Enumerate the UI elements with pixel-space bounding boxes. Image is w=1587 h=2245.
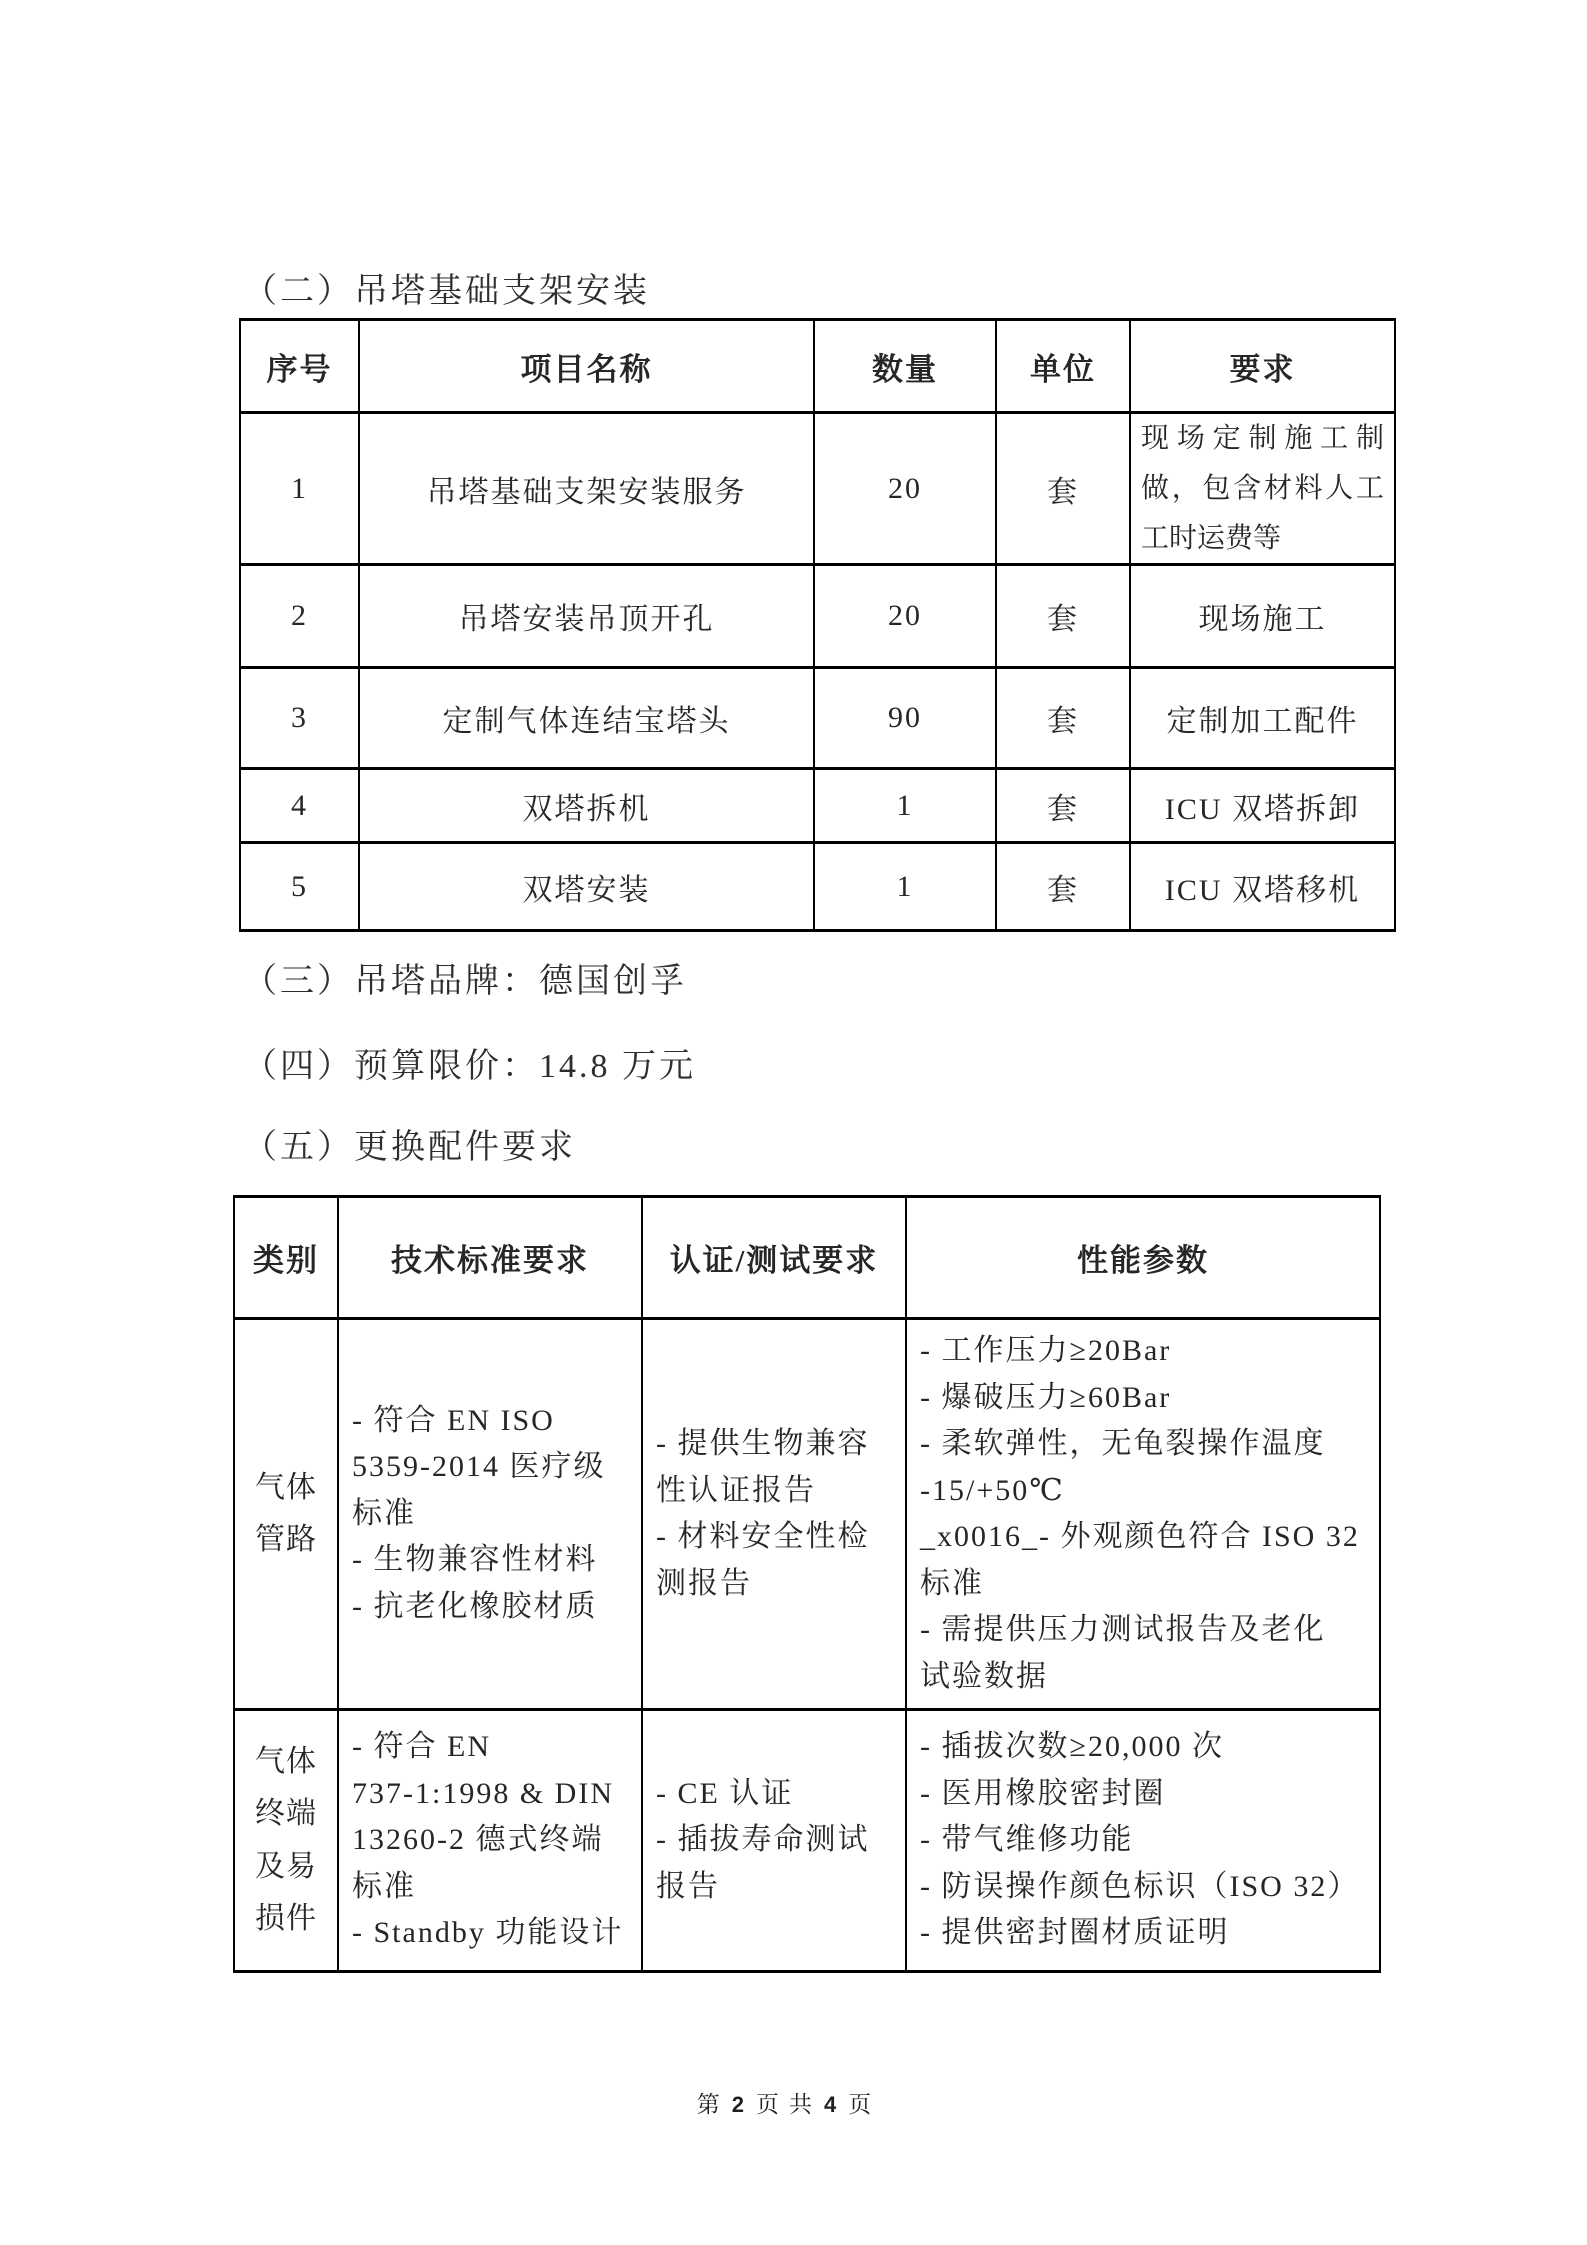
cell-req: ICU 双塔拆卸: [1130, 769, 1395, 843]
cell-certification: - CE 认证 - 插拔寿命测试 报告: [642, 1710, 906, 1972]
cell-name: 双塔安装: [359, 843, 814, 931]
table-row: 2 吊塔安装吊顶开孔 20 套 现场施工: [240, 565, 1395, 668]
cell-unit: 套: [996, 413, 1130, 565]
cell-category: 气体 管路: [234, 1319, 338, 1710]
section-heading-2: （二）吊塔基础支架安装: [243, 272, 650, 313]
cell-unit: 套: [996, 668, 1130, 769]
column-header-name: 项目名称: [359, 320, 814, 413]
install-table-header-row: 序号 项目名称 数量 单位 要求: [240, 320, 1395, 413]
column-header-no: 序号: [240, 320, 359, 413]
footer-total-pages: 4: [824, 2092, 838, 2117]
footer-text: 页: [756, 2092, 781, 2117]
footer-text: 第: [697, 2092, 722, 2117]
cell-no: 4: [240, 769, 359, 843]
column-header-unit: 单位: [996, 320, 1130, 413]
page-footer: 第2页共4页: [0, 2086, 1570, 2119]
table-row: 气体 管路 - 符合 EN ISO 5359-2014 医疗级 标准 - 生物兼…: [234, 1319, 1380, 1710]
cell-no: 1: [240, 413, 359, 565]
cell-category: 气体 终端 及易 损件: [234, 1710, 338, 1972]
cell-req: 现场定制施工制做，包含材料人工工时运费等: [1130, 413, 1395, 565]
cell-unit: 套: [996, 843, 1130, 931]
cell-qty: 20: [814, 565, 996, 668]
cell-no: 5: [240, 843, 359, 931]
cell-parameters: - 插拔次数≥20,000 次 - 医用橡胶密封圈 - 带气维修功能 - 防误操…: [906, 1710, 1380, 1972]
cell-req: ICU 双塔移机: [1130, 843, 1395, 931]
footer-page-number: 2: [732, 2092, 746, 2117]
parts-table: 类别 技术标准要求 认证/测试要求 性能参数 气体 管路 - 符合 EN ISO…: [233, 1195, 1381, 1973]
footer-text: 共: [789, 2092, 814, 2117]
cell-name: 吊塔安装吊顶开孔: [359, 565, 814, 668]
cell-qty: 1: [814, 769, 996, 843]
parts-table-header-row: 类别 技术标准要求 认证/测试要求 性能参数: [234, 1197, 1380, 1319]
column-header-qty: 数量: [814, 320, 996, 413]
table-row: 1 吊塔基础支架安装服务 20 套 现场定制施工制做，包含材料人工工时运费等: [240, 413, 1395, 565]
footer-text: 页: [848, 2092, 873, 2117]
column-header-req: 要求: [1130, 320, 1395, 413]
cell-req: 现场施工: [1130, 565, 1395, 668]
cell-unit: 套: [996, 565, 1130, 668]
section-heading-3: （三）吊塔品牌：德国创孚: [243, 962, 687, 1003]
document-page: （二）吊塔基础支架安装 序号 项目名称 数量 单位 要求 1 吊塔基础支架安装服…: [0, 0, 1587, 2245]
cell-name: 吊塔基础支架安装服务: [359, 413, 814, 565]
table-row: 5 双塔安装 1 套 ICU 双塔移机: [240, 843, 1395, 931]
cell-name: 双塔拆机: [359, 769, 814, 843]
cell-no: 2: [240, 565, 359, 668]
cell-unit: 套: [996, 769, 1130, 843]
install-table: 序号 项目名称 数量 单位 要求 1 吊塔基础支架安装服务 20 套 现场定制施…: [239, 318, 1396, 932]
section-heading-4: （四）预算限价：14.8 万元: [243, 1047, 696, 1088]
table-row: 气体 终端 及易 损件 - 符合 EN 737-1:1998 & DIN 132…: [234, 1710, 1380, 1972]
cell-certification: - 提供生物兼容 性认证报告 - 材料安全性检 测报告: [642, 1319, 906, 1710]
cell-req: 定制加工配件: [1130, 668, 1395, 769]
table-row: 4 双塔拆机 1 套 ICU 双塔拆卸: [240, 769, 1395, 843]
column-header-parameters: 性能参数: [906, 1197, 1380, 1319]
cell-no: 3: [240, 668, 359, 769]
column-header-category: 类别: [234, 1197, 338, 1319]
cell-qty: 20: [814, 413, 996, 565]
cell-name: 定制气体连结宝塔头: [359, 668, 814, 769]
cell-qty: 90: [814, 668, 996, 769]
section-heading-5: （五）更换配件要求: [243, 1128, 576, 1169]
cell-standards: - 符合 EN ISO 5359-2014 医疗级 标准 - 生物兼容性材料 -…: [338, 1319, 642, 1710]
cell-standards: - 符合 EN 737-1:1998 & DIN 13260-2 德式终端 标准…: [338, 1710, 642, 1972]
table-row: 3 定制气体连结宝塔头 90 套 定制加工配件: [240, 668, 1395, 769]
cell-qty: 1: [814, 843, 996, 931]
column-header-standards: 技术标准要求: [338, 1197, 642, 1319]
cell-parameters: - 工作压力≥20Bar - 爆破压力≥60Bar - 柔软弹性，无龟裂操作温度…: [906, 1319, 1380, 1710]
column-header-certification: 认证/测试要求: [642, 1197, 906, 1319]
